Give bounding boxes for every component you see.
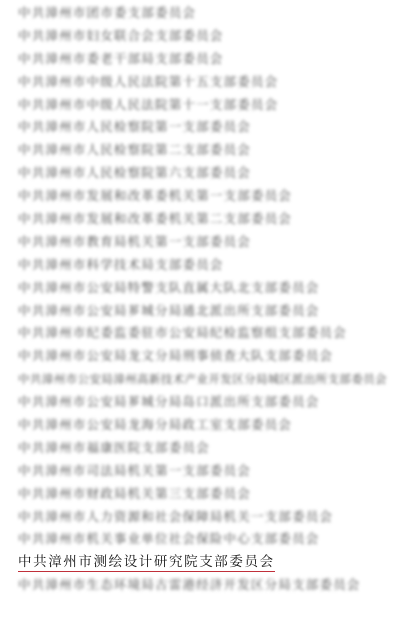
list-item: 中共漳州市财政局机关第三支部委员会 — [18, 483, 387, 506]
list-item: 中共漳州市公安局漳州高新技术产业开发区分局城区派出所支部委员会 — [18, 368, 387, 391]
list-item: 中共漳州市司法局机关第一支部委员会 — [18, 460, 387, 483]
list-item: 中共漳州市公安局龙海分局政工室支部委员会 — [18, 414, 387, 437]
list-item: 中共漳州市发展和改革委机关第一支部委员会 — [18, 185, 387, 208]
list-item: 中共漳州市纪委监委驻市公安局纪检监察组支部委员会 — [18, 322, 387, 345]
list-item: 中共漳州市人民检察院第一支部委员会 — [18, 116, 387, 139]
list-item: 中共漳州市人力资源和社会保障局机关一支部委员会 — [18, 506, 387, 529]
committee-list: 中共漳州市团市委支部委员会 中共漳州市妇女联合会支部委员会 中共漳州市委老干部局… — [18, 2, 387, 597]
list-item: 中共漳州市生态环境局古雷港经济开发区分局支部委员会 — [18, 574, 387, 597]
highlighted-text: 中共漳州市测绘设计研究院支部委员会 — [18, 554, 275, 572]
list-item: 中共漳州市教育局机关第一支部委员会 — [18, 231, 387, 254]
highlighted-list-item: 中共漳州市测绘设计研究院支部委员会 — [18, 551, 387, 574]
list-item: 中共漳州市团市委支部委员会 — [18, 2, 387, 25]
list-item: 中共漳州市福康医院支部委员会 — [18, 437, 387, 460]
list-item: 中共漳州市中级人民法院第十五支部委员会 — [18, 71, 387, 94]
list-item: 中共漳州市委老干部局支部委员会 — [18, 48, 387, 71]
list-item: 中共漳州市机关事业单位社会保险中心支部委员会 — [18, 528, 387, 551]
list-item: 中共漳州市中级人民法院第十一支部委员会 — [18, 94, 387, 117]
list-item: 中共漳州市公安局芗城分局通北派出所支部委员会 — [18, 300, 387, 323]
list-item: 中共漳州市科学技术局支部委员会 — [18, 254, 387, 277]
list-item: 中共漳州市人民检察院第六支部委员会 — [18, 162, 387, 185]
list-item: 中共漳州市公安局龙文分局刑事侦查大队支部委员会 — [18, 345, 387, 368]
list-item: 中共漳州市公安局芗城分局岛口派出所支部委员会 — [18, 391, 387, 414]
list-item: 中共漳州市公安局特警支队直属大队北支部委员会 — [18, 277, 387, 300]
list-item: 中共漳州市妇女联合会支部委员会 — [18, 25, 387, 48]
list-item: 中共漳州市人民检察院第二支部委员会 — [18, 139, 387, 162]
list-item: 中共漳州市发展和改革委机关第二支部委员会 — [18, 208, 387, 231]
